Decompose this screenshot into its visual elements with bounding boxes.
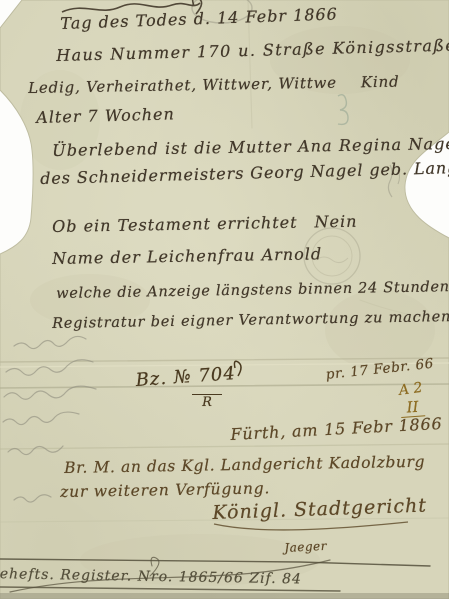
forwarding-line-2: zur weiteren Verfügung. — [60, 479, 270, 501]
document-scan: Tag des Todes d. 14 Febr 1866 Haus Numme… — [0, 0, 449, 599]
file-number-sub: R — [192, 394, 222, 410]
ref-a: A 2 — [398, 380, 423, 399]
clerk-initials: Jaeger — [284, 539, 327, 555]
bottom-edge-shadow — [0, 593, 449, 599]
entry-age: Alter 7 Wochen — [36, 104, 175, 127]
